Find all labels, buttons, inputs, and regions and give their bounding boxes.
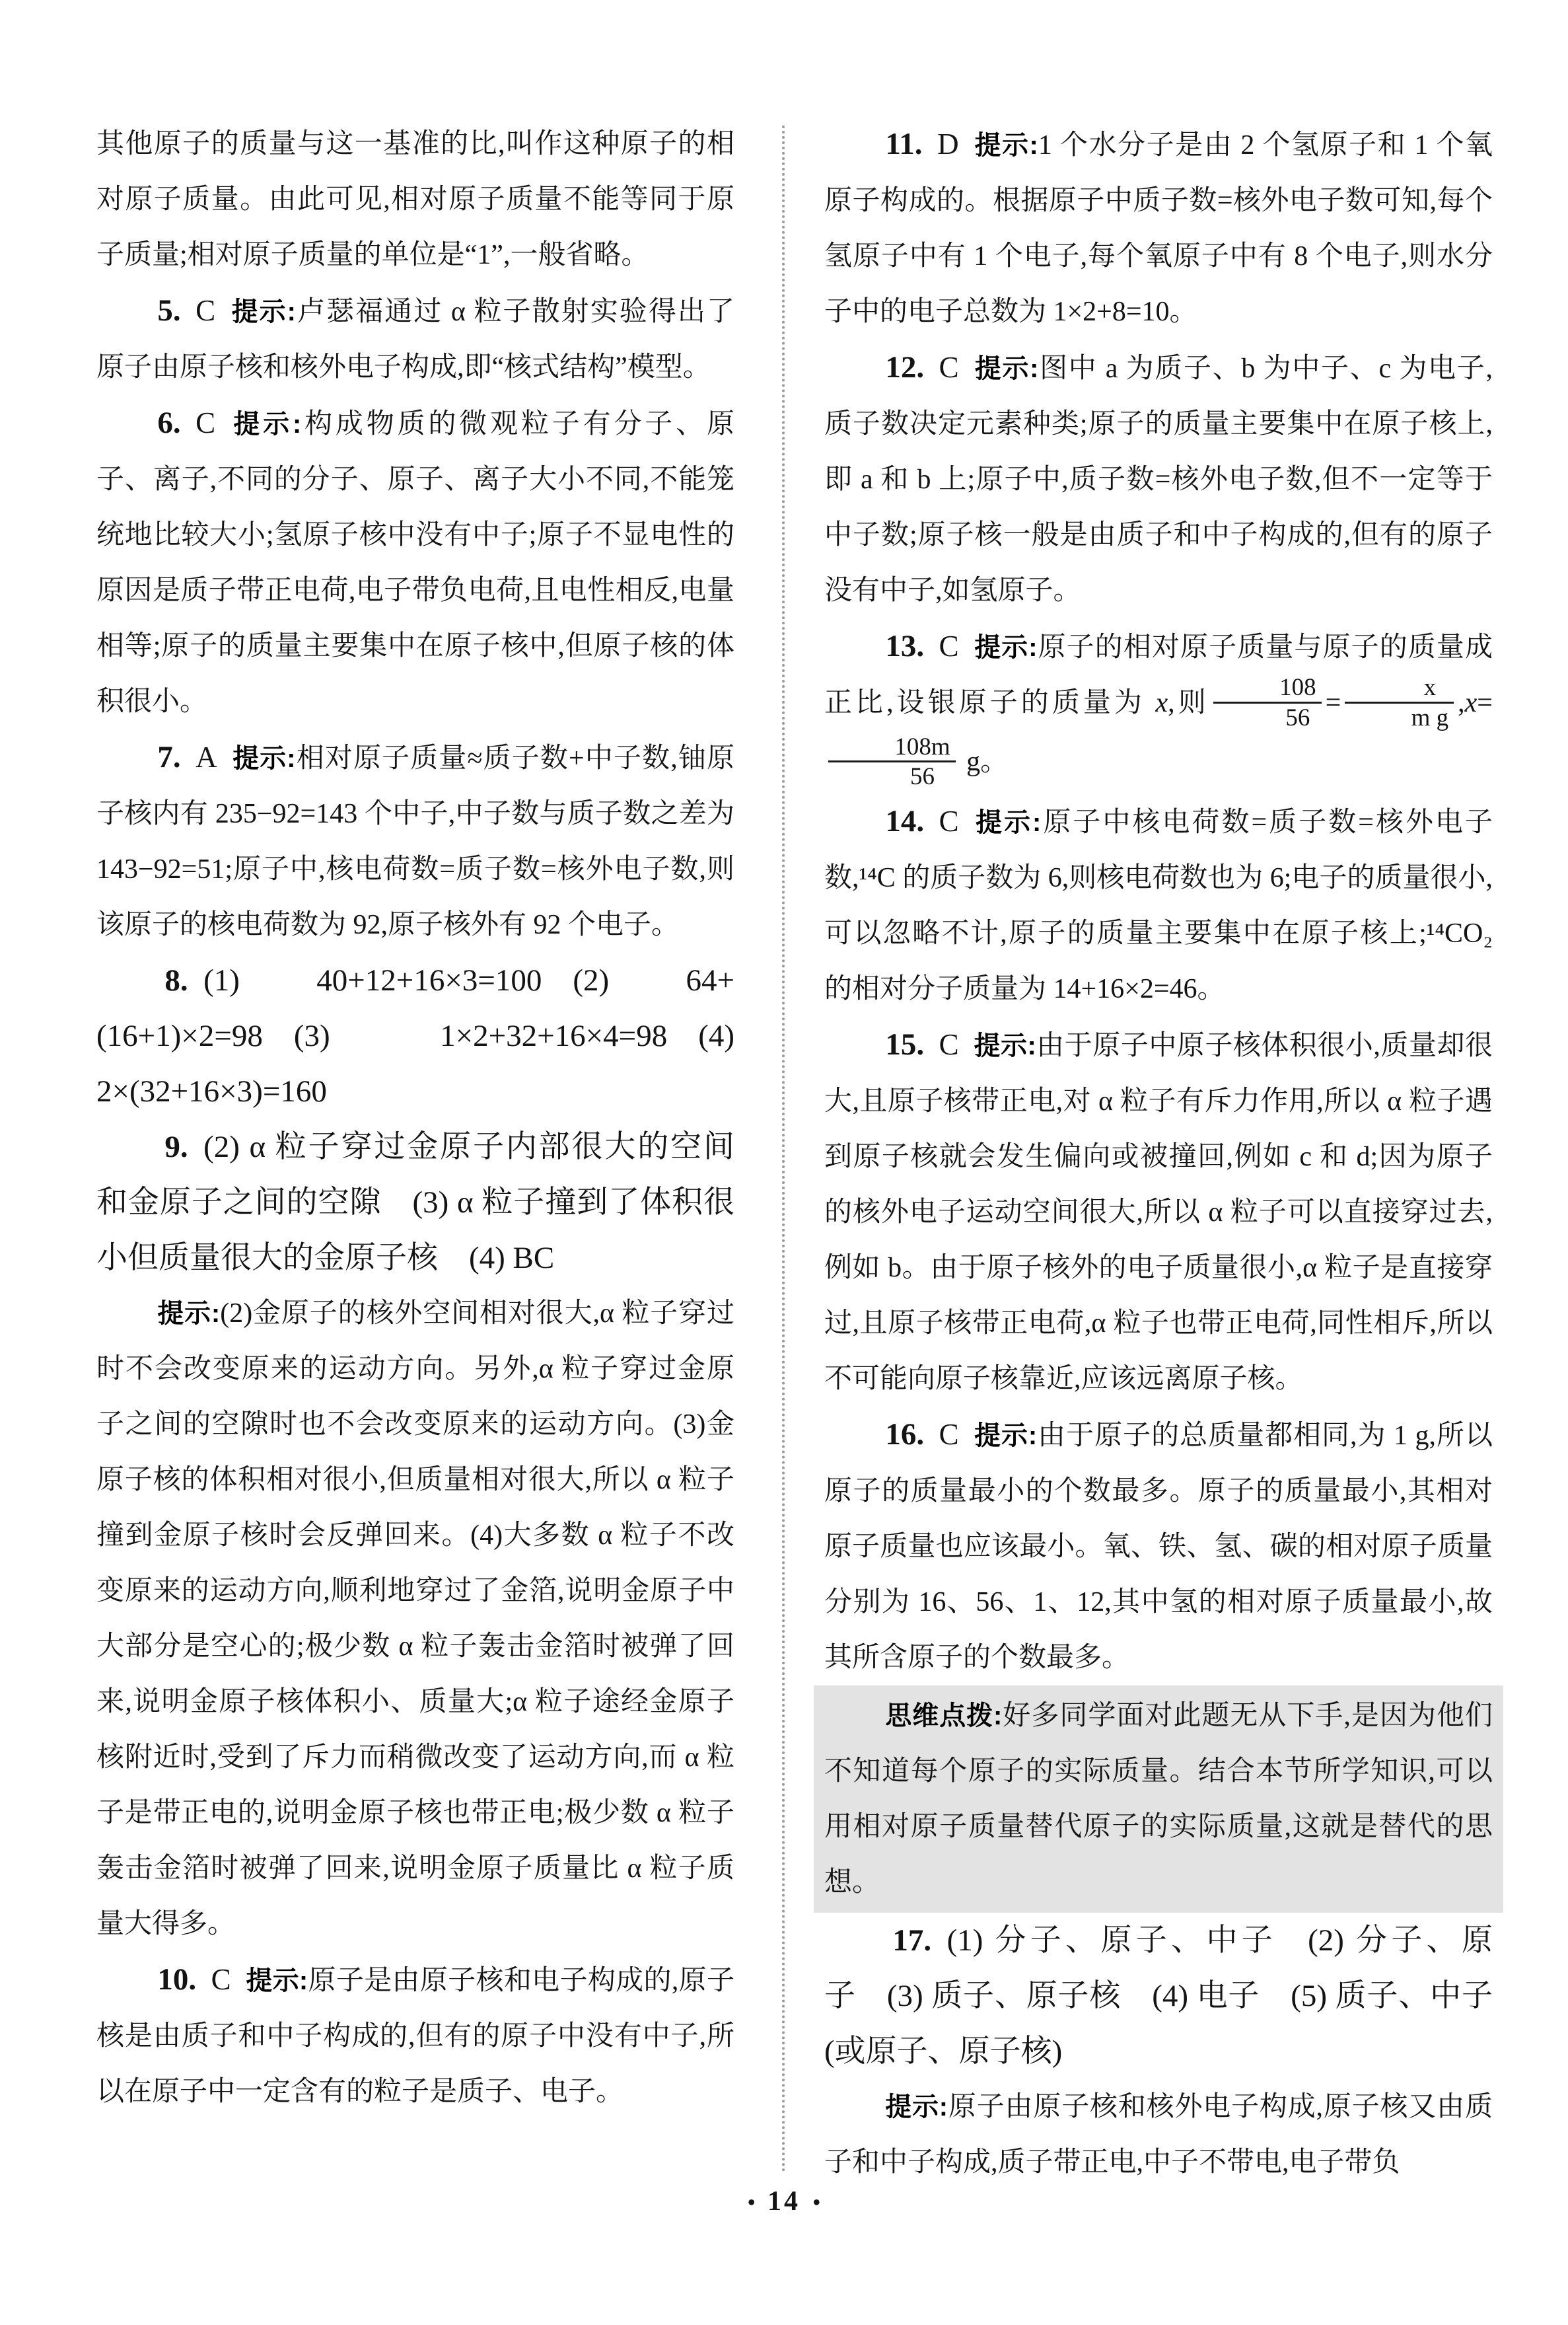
question-number: 13. bbox=[885, 629, 924, 663]
answer-item-7: 7. A 提示:相对原子质量≈质子数+中子数,铀原子核内有 235−92=143… bbox=[96, 729, 734, 953]
question-number: 15. bbox=[885, 1027, 924, 1062]
right-column: 11. D 提示:1 个水分子是由 2 个氢原子和 1 个氧原子构成的。根据原子… bbox=[824, 116, 1493, 2190]
footer-dot-right: • bbox=[812, 2189, 821, 2215]
hint-label: 提示: bbox=[231, 297, 296, 326]
hint-label: 提示: bbox=[974, 633, 1037, 662]
hint-label: 提示: bbox=[232, 744, 295, 773]
text-run: = bbox=[1326, 688, 1341, 718]
question-number: 5. bbox=[157, 293, 180, 328]
text-run: 由于原子的总质量都相同,为 1 g,所以原子的质量最小的个数最多。原子的质量最小… bbox=[824, 1421, 1493, 1673]
answer-letter: A bbox=[181, 741, 232, 774]
answer-item-14: 14. C 提示:原子中核电荷数=质子数=核外电子数,¹⁴C 的质子数为 6,则… bbox=[824, 793, 1493, 1017]
question-number: 6. bbox=[157, 406, 180, 440]
answer-item-11: 11. D 提示:1 个水分子是由 2 个氢原子和 1 个氧原子构成的。根据原子… bbox=[824, 116, 1493, 340]
thinking-tips-box: 思维点拨:好多同学面对此题无从下手,是因为他们不知道每个原子的实际质量。结合本节… bbox=[814, 1685, 1503, 1913]
answer-item-10: 10. C 提示:原子是由原子核和电子构成的,原子核是由质子和中子构成的,但有的… bbox=[96, 1952, 734, 2120]
fraction-numerator: x bbox=[1345, 673, 1454, 703]
hint-label: 提示: bbox=[246, 1966, 308, 1995]
answer-letter: C bbox=[181, 294, 231, 327]
text-run: , bbox=[1458, 688, 1465, 718]
answer-key-page: 其他原子的质量与这一基准的比,叫作这种原子的相对原子质量。由此可见,相对原子质量… bbox=[0, 0, 1568, 2325]
footer-dot-left: • bbox=[747, 2189, 756, 2215]
text-run: 构成物质的微观粒子有分子、原子、离子,不同的分子、原子、离子大小不同,不能笼统地… bbox=[96, 409, 734, 717]
text-run: 由于原子中原子核体积很小,质量却很大,且原子核带正电,对 α 粒子有斥力作用,所… bbox=[824, 1031, 1493, 1394]
fraction: 10856 bbox=[1213, 673, 1322, 731]
hint-item-9: 提示:(2)金原子的核外空间相对很大,α 粒子穿过时不会改变原来的运动方向。另外… bbox=[96, 1286, 734, 1952]
hint-label: 提示: bbox=[974, 354, 1038, 383]
answer-letter: C bbox=[196, 1963, 246, 1996]
hint-label: 提示: bbox=[885, 2092, 948, 2122]
answer-letter: C bbox=[924, 1028, 974, 1061]
answer-letter: C bbox=[924, 1418, 974, 1451]
hint-label: 提示: bbox=[974, 1031, 1036, 1060]
answer-letter: C bbox=[924, 805, 974, 838]
question-number: 9. bbox=[164, 1130, 188, 1164]
text-run: ,则 bbox=[1168, 688, 1209, 718]
text-run: (1) 40+12+16×3=100 (2) 64+(16+1)×2=98 (3… bbox=[96, 963, 734, 1109]
text-run: (2) α 粒子穿过金原子内部很大的空间和金原子之间的空隙 (3) α 粒子撞到… bbox=[96, 1130, 734, 1275]
answer-letter: C bbox=[181, 406, 231, 439]
question-number: 14. bbox=[885, 804, 924, 838]
answer-item-17: 17. (1) 分子、原子、中子 (2) 分子、原子 (3) 质子、原子核 (4… bbox=[824, 1913, 1493, 2079]
text-run: g。 bbox=[960, 747, 1009, 777]
answer-letter: D bbox=[923, 128, 974, 161]
answer-item-5: 5. C 提示:卢瑟福通过 α 粒子散射实验得出了原子由原子核和核外电子构成,即… bbox=[96, 283, 734, 395]
answer-item-6: 6. C 提示:构成物质的微观粒子有分子、原子、离子,不同的分子、原子、离子大小… bbox=[96, 395, 734, 729]
fraction: xm g bbox=[1345, 673, 1454, 731]
left-column: 其他原子的质量与这一基准的比,叫作这种原子的相对原子质量。由此可见,相对原子质量… bbox=[96, 116, 734, 2120]
answer-item-12: 12. C 提示:图中 a 为质子、b 为中子、c 为电子,质子数决定元素种类;… bbox=[824, 340, 1493, 618]
hint-label: 提示: bbox=[974, 808, 1041, 837]
question-number: 8. bbox=[164, 963, 188, 998]
question-number: 7. bbox=[157, 740, 180, 774]
hint-label: 提示: bbox=[974, 131, 1038, 160]
hint-label: 提示: bbox=[231, 410, 302, 439]
para-continuation: 其他原子的质量与这一基准的比,叫作这种原子的相对原子质量。由此可见,相对原子质量… bbox=[96, 116, 734, 283]
fraction-numerator: 108 bbox=[1213, 673, 1322, 703]
fraction-denominator: 56 bbox=[1213, 704, 1322, 731]
question-number: 12. bbox=[885, 350, 924, 385]
math-variable: x bbox=[1156, 688, 1168, 718]
column-divider bbox=[782, 126, 785, 2174]
fraction: 108m56 bbox=[828, 733, 956, 791]
answer-item-16: 16. C 提示:由于原子的总质量都相同,为 1 g,所以原子的质量最小的个数最… bbox=[824, 1407, 1493, 1685]
hint-label: 提示: bbox=[974, 1421, 1037, 1450]
hint-item-17: 提示:原子由原子核和核外电子构成,原子核又由质子和中子构成,质子带正电,中子不带… bbox=[824, 2079, 1493, 2190]
text-run: 图中 a 为质子、b 为中子、c 为电子,质子数决定元素种类;原子的质量主要集中… bbox=[824, 353, 1493, 606]
answer-letter: C bbox=[924, 351, 974, 384]
text-run: = bbox=[1477, 688, 1493, 718]
answer-item-13: 13. C 提示:原子的相对原子质量与原子的质量成正比,设银原子的质量为 x,则… bbox=[824, 618, 1493, 793]
hint-label: 思维点拨: bbox=[885, 1701, 1002, 1730]
fraction-denominator: 56 bbox=[828, 762, 956, 790]
text-run: (2)金原子的核外空间相对很大,α 粒子穿过时不会改变原来的运动方向。另外,α … bbox=[96, 1298, 734, 1939]
page-number: 14 bbox=[767, 2186, 801, 2217]
answer-letter: C bbox=[924, 630, 974, 663]
answer-item-15: 15. C 提示:由于原子中原子核体积很小,质量却很大,且原子核带正电,对 α … bbox=[824, 1017, 1493, 1407]
page-footer: •14• bbox=[0, 2186, 1568, 2217]
fraction-numerator: 108m bbox=[828, 733, 956, 762]
question-number: 10. bbox=[157, 1962, 196, 1997]
question-number: 16. bbox=[885, 1417, 924, 1452]
question-number: 11. bbox=[885, 127, 922, 161]
math-variable: x bbox=[1465, 688, 1478, 718]
answer-item-8: 8. (1) 40+12+16×3=100 (2) 64+(16+1)×2=98… bbox=[96, 953, 734, 1119]
question-number: 17. bbox=[892, 1923, 931, 1958]
fraction-denominator: m g bbox=[1345, 704, 1454, 731]
answer-item-9: 9. (2) α 粒子穿过金原子内部很大的空间和金原子之间的空隙 (3) α 粒… bbox=[96, 1119, 734, 1286]
text-run: 其他原子的质量与这一基准的比,叫作这种原子的相对原子质量。由此可见,相对原子质量… bbox=[96, 129, 734, 270]
hint-label: 提示: bbox=[157, 1299, 220, 1328]
